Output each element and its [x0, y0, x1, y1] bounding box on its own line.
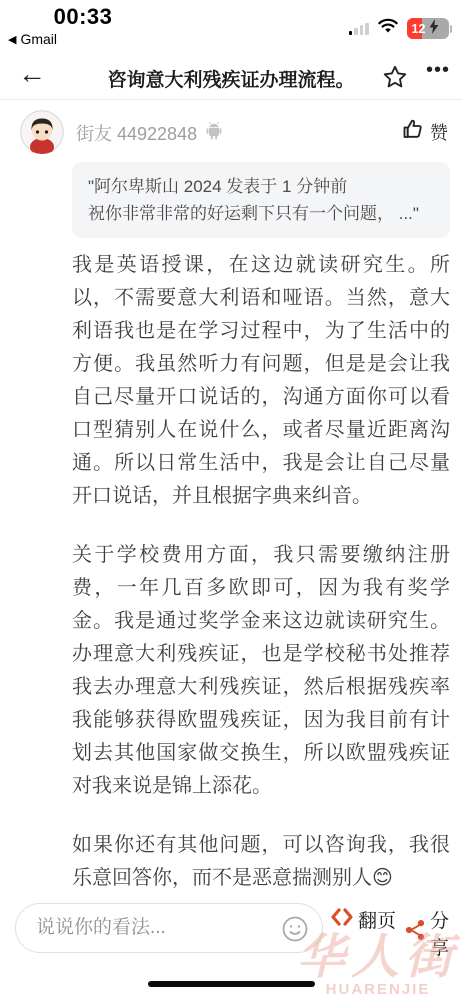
battery-icon: 12 — [407, 18, 449, 39]
post-paragraph: 关于学校费用方面，我只需要缴纳注册费，一年几百多欧即可，因为我有奖学金。我是通过… — [72, 539, 450, 803]
post-paragraph: 如果你还有其他问题，可以咨询我，我很乐意回答你，而不是恶意揣测别人😊 — [72, 829, 450, 895]
avatar[interactable] — [20, 110, 64, 154]
username[interactable]: 街友 44922848 — [76, 120, 197, 146]
back-triangle-icon: ◀ — [8, 33, 16, 46]
more-options-icon[interactable]: ••• — [426, 59, 450, 82]
page-flip-label: 翻页 — [358, 906, 396, 933]
emoji-icon[interactable] — [281, 915, 309, 948]
post-body: 我是英语授课，在这边就读研究生。所以，不需要意大利语和哑语。当然，意大利语我也是… — [72, 249, 450, 921]
page-flip-icon — [330, 907, 354, 933]
comment-input-pill — [15, 903, 323, 953]
battery-percent: 12 — [407, 22, 431, 36]
page-flip-button[interactable]: 翻页 — [330, 906, 396, 933]
back-app-label: Gmail — [20, 31, 57, 47]
favorite-star-icon[interactable] — [382, 64, 408, 95]
share-button[interactable]: 分享 — [404, 906, 462, 960]
comment-input[interactable] — [36, 904, 276, 951]
quoted-reply[interactable]: "阿尔卑斯山 2024 发表于 1 分钟前 祝你非常非常的好运剩下只有一个问题，… — [72, 162, 450, 238]
quote-line-1: "阿尔卑斯山 2024 发表于 1 分钟前 — [88, 173, 434, 200]
cellular-signal-icon — [349, 23, 369, 35]
home-indicator[interactable] — [148, 981, 315, 987]
status-time: 00:33 — [42, 4, 124, 30]
share-icon — [404, 919, 426, 947]
quote-line-2: 祝你非常非常的好运剩下只有一个问题， ..." — [88, 200, 434, 227]
thumbs-up-icon — [401, 117, 425, 146]
nav-bar: ← 咨询意大利残疾证办理流程。 ••• — [0, 55, 462, 100]
android-icon — [202, 119, 226, 148]
wifi-icon — [377, 18, 399, 39]
like-button[interactable]: 赞 — [401, 117, 448, 146]
status-icons: 12 — [349, 18, 453, 39]
back-to-gmail-link[interactable]: ◀ Gmail — [8, 31, 57, 47]
post-header: 街友 44922848 赞 — [0, 108, 462, 158]
app-screen: 00:33 ◀ Gmail 12 ← 咨询意大利残疾证办理流程。 — [0, 0, 462, 1000]
post-paragraph: 我是英语授课，在这边就读研究生。所以，不需要意大利语和哑语。当然，意大利语我也是… — [72, 249, 450, 513]
share-label: 分享 — [430, 906, 462, 960]
like-label: 赞 — [430, 119, 448, 145]
charging-bolt-icon — [429, 19, 439, 39]
